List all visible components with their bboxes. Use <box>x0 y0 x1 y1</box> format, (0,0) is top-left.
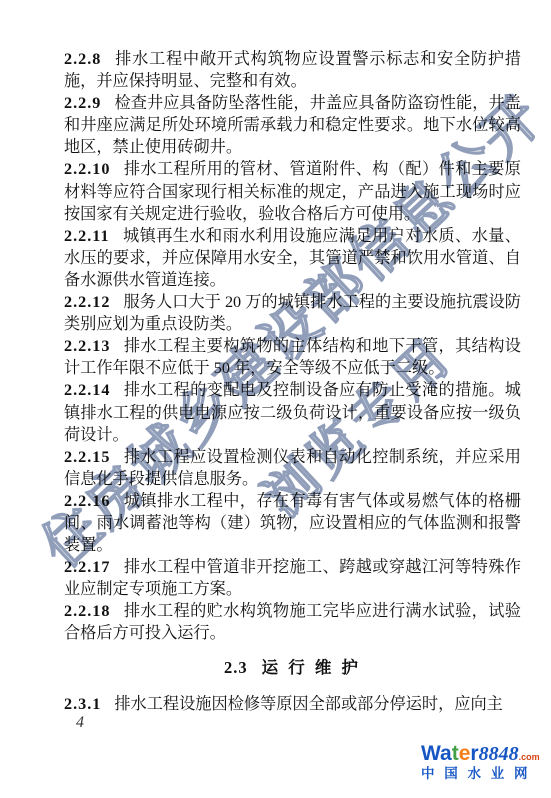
clause-number: 2.2.12 <box>64 293 110 311</box>
document-page: 住房城乡建设部信息公开 浏览专用 2.2.8排水工程中敞开式构筑物应设置警示标志… <box>0 0 551 798</box>
clause-2-2-12: 2.2.12服务人口大于 20 万的城镇排水工程的主要设施抗震设防类别应划为重点… <box>64 291 521 335</box>
clause-2-2-11: 2.2.11城镇再生水和雨水利用设施应满足用户对水质、水量、水压的要求，并应保障… <box>64 225 521 291</box>
clause-number: 2.2.18 <box>64 602 110 620</box>
clause-2-2-14: 2.2.14排水工程的变配电及控制设备应有防止受淹的措施。城镇排水工程的供电电源… <box>64 379 521 445</box>
clause-2-2-18: 2.2.18排水工程的贮水构筑物施工完毕应进行满水试验，试验合格后方可投入运行。 <box>64 600 521 644</box>
clause-text: 排水工程中敞开式构筑物应设置警示标志和安全防护措施，并应保持明显、完整和有效。 <box>64 50 521 90</box>
clause-number: 2.2.13 <box>64 337 110 355</box>
clause-text: 服务人口大于 20 万的城镇排水工程的主要设施抗震设防类别应划为重点设防类。 <box>64 293 521 333</box>
page-body: 2.2.8排水工程中敞开式构筑物应设置警示标志和安全防护措施，并应保持明显、完整… <box>64 48 521 715</box>
clause-number: 2.2.8 <box>64 50 101 68</box>
clause-text: 排水工程应设置检测仪表和自动化控制系统，并应采用信息化手段提供信息服务。 <box>64 448 521 488</box>
clause-number: 2.2.9 <box>64 94 101 112</box>
clause-text: 排水工程的变配电及控制设备应有防止受淹的措施。城镇排水工程的供电电源应按二级负荷… <box>64 381 521 443</box>
section-number: 2.3 <box>224 658 248 677</box>
logo-letter: a <box>440 742 452 765</box>
clause-text: 排水工程中管道非开挖施工、跨越或穿越江河等特殊作业应制定专项施工方案。 <box>64 558 521 598</box>
clause-2-2-16: 2.2.16城镇排水工程中，存在有毒有害气体或易燃气体的格栅间、雨水调蓄池等构（… <box>64 490 521 556</box>
clause-text: 排水工程设施因检修等原因全部或部分停运时，应向主 <box>114 695 503 713</box>
logo-number: 8848 <box>479 743 519 765</box>
clause-text: 检查井应具备防坠落性能，井盖应具备防盗窃性能，井盖和井座应满足所处环境所需承载力… <box>64 94 521 156</box>
logo-letter: t <box>452 742 459 765</box>
clause-2-2-17: 2.2.17排水工程中管道非开挖施工、跨越或穿越江河等特殊作业应制定专项施工方案… <box>64 556 521 600</box>
clause-2-2-10: 2.2.10排水工程所用的管材、管道附件、构（配）件和主要原材料等应符合国家现行… <box>64 158 521 224</box>
water8848-logo: Water8848.com 中 国 水 业 网 <box>421 743 545 781</box>
logo-letter: r <box>470 742 478 765</box>
clause-number: 2.3.1 <box>64 695 101 713</box>
water8848-wordmark: Water8848.com <box>421 743 545 764</box>
clause-2-2-15: 2.2.15排水工程应设置检测仪表和自动化控制系统，并应采用信息化手段提供信息服… <box>64 446 521 490</box>
clause-number: 2.2.16 <box>64 492 110 510</box>
clause-2-2-8: 2.2.8排水工程中敞开式构筑物应设置警示标志和安全防护措施，并应保持明显、完整… <box>64 48 521 92</box>
section-title: 运 行 维 护 <box>262 658 361 677</box>
clause-text: 排水工程主要构筑物的主体结构和地下干管，其结构设计工作年限不应低于 50 年，安… <box>64 337 521 377</box>
section-heading-operation-maintenance: 2.3运 行 维 护 <box>64 657 521 679</box>
clause-number: 2.2.11 <box>64 227 110 245</box>
clause-text: 排水工程所用的管材、管道附件、构（配）件和主要原材料等应符合国家现行相关标准的规… <box>64 160 521 222</box>
clause-2-2-13: 2.2.13排水工程主要构筑物的主体结构和地下干管，其结构设计工作年限不应低于 … <box>64 335 521 379</box>
logo-tagline: 中 国 水 业 网 <box>421 767 545 781</box>
clause-text: 城镇排水工程中，存在有毒有害气体或易燃气体的格栅间、雨水调蓄池等构（建）筑物，应… <box>64 492 521 554</box>
logo-tld: .com <box>519 752 540 762</box>
clause-2-3-1: 2.3.1排水工程设施因检修等原因全部或部分停运时，应向主 <box>64 693 521 715</box>
clause-number: 2.2.15 <box>64 448 110 466</box>
clause-2-2-9: 2.2.9检查井应具备防坠落性能，井盖应具备防盗窃性能，井盖和井座应满足所处环境… <box>64 92 521 158</box>
clause-text: 城镇再生水和雨水利用设施应满足用户对水质、水量、水压的要求，并应保障用水安全，其… <box>64 227 521 289</box>
logo-letter: e <box>459 742 471 765</box>
page-number: 4 <box>76 714 84 732</box>
logo-letter: W <box>421 742 440 765</box>
clause-text: 排水工程的贮水构筑物施工完毕应进行满水试验，试验合格后方可投入运行。 <box>64 602 521 642</box>
clause-number: 2.2.17 <box>64 558 110 576</box>
clause-number: 2.2.14 <box>64 381 110 399</box>
clause-number: 2.2.10 <box>64 160 110 178</box>
